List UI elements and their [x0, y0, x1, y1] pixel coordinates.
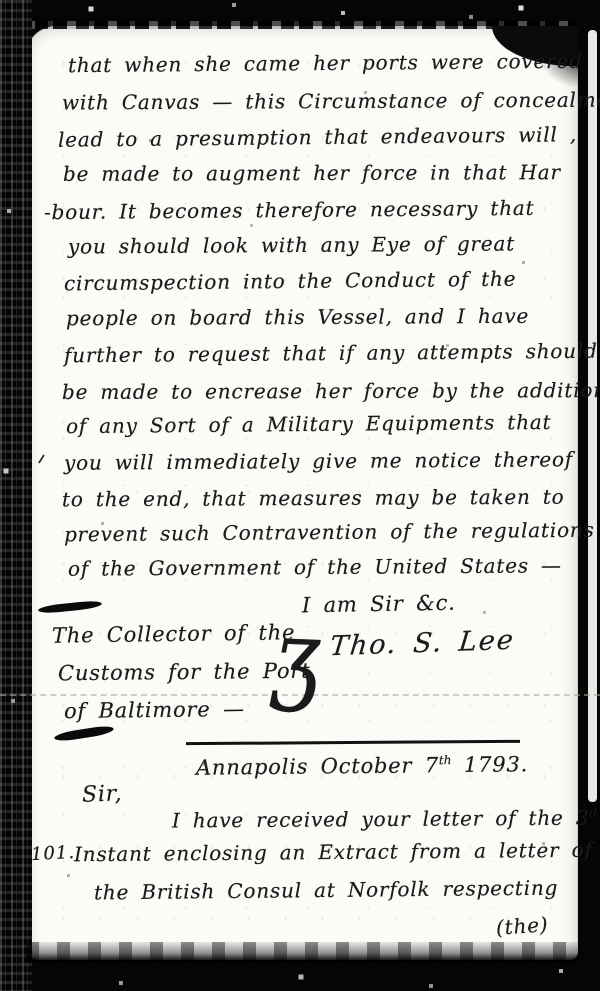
manuscript-line: that when she came her ports were covere…: [68, 48, 583, 78]
paper-noise-specks: [0, 0, 1, 1]
scanned-letter-page: that when she came her ports were covere…: [0, 0, 600, 991]
body-superscript: d: [589, 806, 597, 820]
dateline-superscript: th: [439, 753, 452, 767]
dateline-year: 1793.: [451, 752, 528, 777]
catchword: (the): [495, 911, 549, 941]
scan-edge-texture-left: [0, 0, 32, 991]
signature: Tho. S. Lee: [328, 623, 517, 665]
manuscript-line: people on board this Vessel, and I have: [66, 303, 529, 331]
manuscript-line: further to request that if any attempts …: [64, 338, 598, 369]
margin-number: 101.: [30, 841, 75, 867]
manuscript-line: to the end, that measures may be taken t…: [62, 484, 565, 513]
salutation: Sir,: [82, 780, 123, 810]
adjacent-page-edge: [588, 30, 597, 802]
dateline: Annapolis October 7th 1793.: [196, 751, 528, 782]
manuscript-line: Instant enclosing an Extract from a lett…: [74, 837, 593, 868]
manuscript-line: prevent such Contravention of the regula…: [64, 517, 595, 548]
recipient-address-line: Customs for the Port: [58, 658, 311, 688]
manuscript-line: I have received your letter of the 3d: [172, 805, 597, 834]
manuscript-line: be made to encrease her force by the add…: [62, 377, 600, 405]
recipient-address-line: The Collector of the: [52, 619, 296, 650]
dateline-text: Annapolis October 7: [196, 753, 439, 780]
manuscript-line: be made to augment her force in that Har: [63, 159, 561, 187]
letter-closing: I am Sir &c.: [302, 590, 456, 620]
manuscript-line: you will immediately give me notice ther…: [64, 446, 573, 476]
manuscript-line: of any Sort of a Military Equipments tha…: [66, 409, 552, 439]
manuscript-line: circumspection into the Conduct of the: [64, 266, 517, 297]
body-text: I have received your letter of the 3: [172, 806, 589, 833]
manuscript-line: -bour. It becomes therefore necessary th…: [44, 195, 535, 225]
manuscript-line: the British Consul at Norfolk respecting: [94, 875, 558, 906]
scan-edge-texture-bottom: [26, 942, 578, 962]
manuscript-line: you should look with any Eye of great: [68, 230, 515, 259]
recipient-address-line: of Baltimore —: [64, 696, 245, 726]
manuscript-line: with Canvas — this Circumstance of conce…: [62, 87, 600, 116]
manuscript-line: lead to a presumption that endeavours wi…: [58, 121, 577, 152]
manuscript-line: of the Government of the United States —: [68, 552, 562, 581]
